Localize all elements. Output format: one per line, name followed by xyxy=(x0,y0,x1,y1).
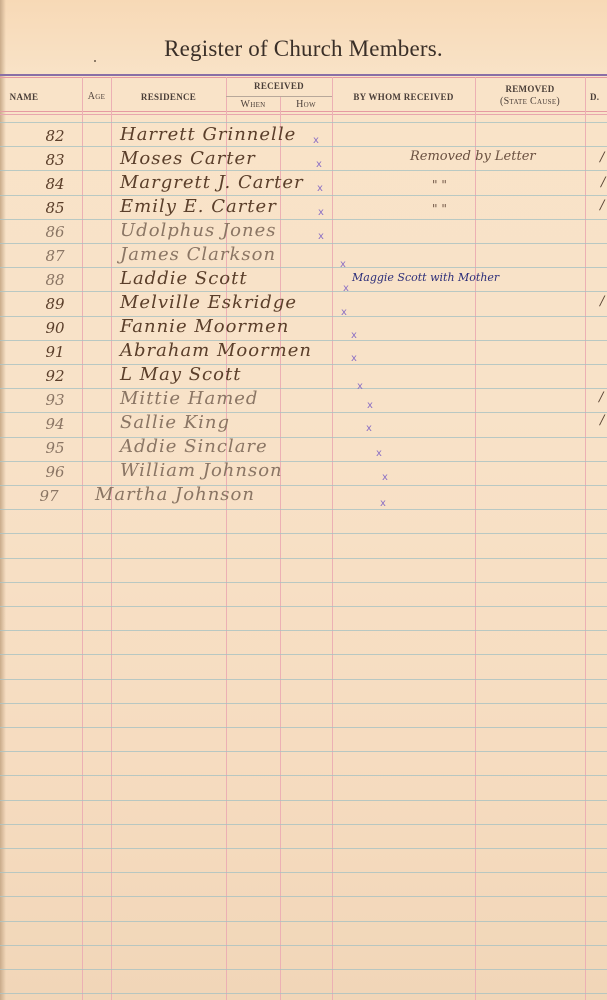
ruled-line xyxy=(0,993,607,994)
date-tick: / xyxy=(599,390,603,405)
ruled-line xyxy=(0,703,607,704)
entry-number: 83 xyxy=(40,151,70,169)
entry-number: 90 xyxy=(40,319,70,337)
ruled-line xyxy=(0,848,607,849)
check-mark-icon: x xyxy=(357,381,363,392)
check-mark-icon: x xyxy=(317,183,323,194)
header-age: Age xyxy=(82,91,111,102)
entry-name: Martha Johnson xyxy=(95,484,255,505)
column-rule-when-how xyxy=(280,96,281,1000)
entry-name: Sallie King xyxy=(120,412,230,433)
ruled-line xyxy=(0,800,607,801)
header-how: How xyxy=(280,99,332,110)
column-rule-name-age xyxy=(82,77,83,1000)
ruled-line xyxy=(0,146,607,147)
entry-name: Margrett J. Carter xyxy=(120,172,304,193)
header-removed-cause: (State Cause) xyxy=(475,96,585,107)
ruled-line xyxy=(0,412,607,413)
entry-number: 84 xyxy=(40,175,70,193)
check-mark-icon: x xyxy=(340,259,346,270)
check-mark-icon: x xyxy=(341,307,347,318)
ruled-line xyxy=(0,388,607,389)
column-rule-age-residence xyxy=(111,77,112,1000)
ruled-line xyxy=(0,558,607,559)
ruled-line xyxy=(0,461,607,462)
entry-number: 93 xyxy=(40,391,70,409)
ruled-line xyxy=(0,582,607,583)
ruled-line xyxy=(0,219,607,220)
check-mark-icon: x xyxy=(380,498,386,509)
entry-name: Udolphus Jones xyxy=(120,220,277,241)
check-mark-icon: x xyxy=(366,423,372,434)
date-tick: / xyxy=(600,198,604,213)
header-by-whom-received: BY WHOM RECEIVED xyxy=(332,92,475,102)
column-rule-bywhom-removed xyxy=(475,77,476,1000)
check-mark-icon: x xyxy=(313,135,319,146)
ruled-line xyxy=(0,364,607,365)
page-binding-shadow xyxy=(0,0,6,1000)
ditto-mark: " " xyxy=(432,202,447,216)
column-rule-removed-date xyxy=(585,77,586,1000)
ruled-line xyxy=(0,872,607,873)
page-title: Register of Church Members. xyxy=(0,36,607,62)
ruled-line xyxy=(0,945,607,946)
date-tick: / xyxy=(601,175,605,190)
ruled-line xyxy=(0,170,607,171)
date-tick: / xyxy=(600,413,604,428)
ruled-line xyxy=(0,485,607,486)
ruled-line xyxy=(0,896,607,897)
entry-number: 85 xyxy=(40,199,70,217)
entry-number: 87 xyxy=(40,247,70,265)
check-mark-icon: x xyxy=(367,400,373,411)
by-whom-received-note: Maggie Scott with Mother xyxy=(352,271,499,284)
ruled-line xyxy=(0,824,607,825)
entry-name: Fannie Moormen xyxy=(120,316,289,337)
entry-number: 94 xyxy=(40,415,70,433)
entry-name: Abraham Moormen xyxy=(120,340,312,361)
check-mark-icon: x xyxy=(316,159,322,170)
entry-number: 82 xyxy=(40,127,70,145)
header-when: When xyxy=(226,99,280,110)
check-mark-icon: x xyxy=(351,353,357,364)
entry-number: 92 xyxy=(40,367,70,385)
entry-name: L May Scott xyxy=(120,364,241,385)
header-top-rule xyxy=(0,74,607,76)
entry-number: 97 xyxy=(34,487,64,505)
received-subheader-rule xyxy=(226,96,332,97)
header-removed: REMOVED xyxy=(475,84,585,94)
ruled-line xyxy=(0,509,607,510)
ruled-line xyxy=(0,533,607,534)
entry-number: 91 xyxy=(40,343,70,361)
ruled-line xyxy=(0,775,607,776)
entry-name: Harrett Grinnelle xyxy=(120,124,296,145)
register-page: Register of Church Members. NAME Age RES… xyxy=(0,0,607,1000)
entry-number: 86 xyxy=(40,223,70,241)
header-top-rule-pink xyxy=(0,77,607,78)
entry-name: Emily E. Carter xyxy=(120,196,277,217)
check-mark-icon: x xyxy=(318,207,324,218)
entry-number: 95 xyxy=(40,439,70,457)
ruled-line xyxy=(0,921,607,922)
ruled-line xyxy=(0,606,607,607)
entry-number: 88 xyxy=(40,271,70,289)
ruled-line xyxy=(0,679,607,680)
entry-name: Laddie Scott xyxy=(120,268,248,289)
ruled-line xyxy=(0,969,607,970)
ruled-line xyxy=(0,243,607,244)
check-mark-icon: x xyxy=(351,330,357,341)
entry-name: Melville Eskridge xyxy=(120,292,297,313)
entry-name: Mittie Hamed xyxy=(120,388,258,409)
entry-name: William Johnson xyxy=(120,460,283,481)
entry-name: Addie Sinclare xyxy=(120,436,268,457)
header-residence: RESIDENCE xyxy=(111,92,226,102)
header-received: RECEIVED xyxy=(226,81,332,91)
check-mark-icon: x xyxy=(382,472,388,483)
date-tick: / xyxy=(600,294,604,309)
header-date-partial: D. xyxy=(590,92,607,102)
removed-cause: Removed by Letter xyxy=(410,149,536,164)
entry-number: 96 xyxy=(40,463,70,481)
ditto-mark: " " xyxy=(432,178,447,192)
ruled-line xyxy=(0,316,607,317)
ruled-line xyxy=(0,751,607,752)
ruled-line xyxy=(0,291,607,292)
header-name: NAME xyxy=(0,92,48,102)
check-mark-icon: x xyxy=(343,283,349,294)
ink-dot xyxy=(94,60,96,62)
date-tick: / xyxy=(600,150,604,165)
ruled-line xyxy=(0,654,607,655)
ruled-line xyxy=(0,267,607,268)
check-mark-icon: x xyxy=(318,231,324,242)
ruled-line xyxy=(0,727,607,728)
ruled-line xyxy=(0,122,607,123)
entry-name: Moses Carter xyxy=(120,148,256,169)
entry-number: 89 xyxy=(40,295,70,313)
ruled-line xyxy=(0,437,607,438)
entry-name: James Clarkson xyxy=(120,244,276,265)
header-bottom-rule xyxy=(0,111,607,112)
ruled-line xyxy=(0,630,607,631)
header-bottom-rule-2 xyxy=(0,114,607,115)
column-rule-received-bywhom xyxy=(332,77,333,1000)
ruled-line xyxy=(0,195,607,196)
check-mark-icon: x xyxy=(376,448,382,459)
